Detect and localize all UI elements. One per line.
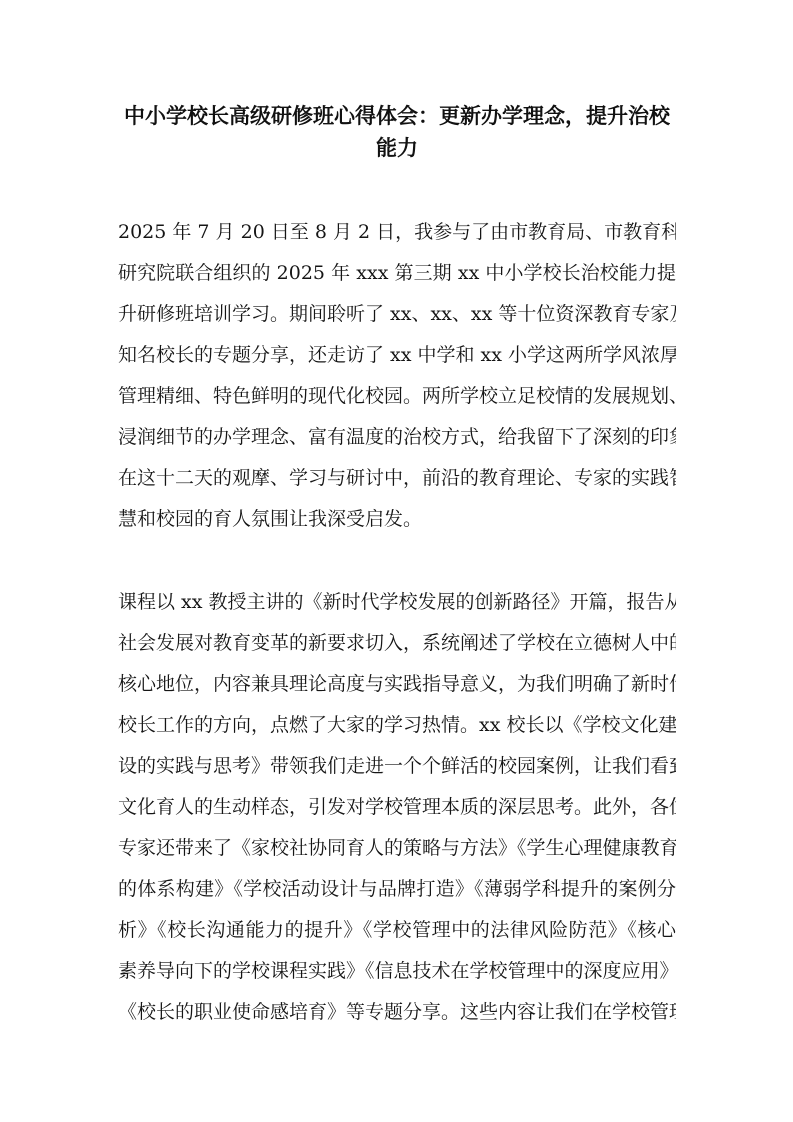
document-title: 中小学校长高级研修班心得体会：更新办学理念，提升治校能力 xyxy=(118,100,676,164)
text-line: 在这十二天的观摩、学习与研讨中，前沿的教育理论、专家的实践智 xyxy=(118,458,676,499)
text-line: 核心地位，内容兼具理论高度与实践指导意义，为我们明确了新时代 xyxy=(118,664,676,705)
text-line: 浸润细节的办学理念、富有温度的治校方式，给我留下了深刻的印象。 xyxy=(118,417,676,458)
text-line: 2025 年 7 月 20 日至 8 月 2 日，我参与了由市教育局、市教育科学 xyxy=(118,212,676,253)
text-line: 专家还带来了《家校社协同育人的策略与方法》《学生心理健康教育 xyxy=(118,828,676,869)
text-line: 社会发展对教育变革的新要求切入，系统阐述了学校在立德树人中的 xyxy=(118,623,676,664)
text-line: 校长工作的方向，点燃了大家的学习热情。xx 校长以《学校文化建 xyxy=(118,705,676,746)
text-line: 文化育人的生动样态，引发对学校管理本质的深层思考。此外，各位 xyxy=(118,787,676,828)
document-content: 中小学校长高级研修班心得体会：更新办学理念，提升治校能力 2025 年 7 月 … xyxy=(118,0,676,1033)
text-line: 课程以 xx 教授主讲的《新时代学校发展的创新路径》开篇，报告从 xyxy=(118,582,676,623)
text-line: 素养导向下的学校课程实践》《信息技术在学校管理中的深度应用》 xyxy=(118,951,676,992)
text-line: 研究院联合组织的 2025 年 xxx 第三期 xx 中小学校长治校能力提 xyxy=(118,253,676,294)
text-line: 设的实践与思考》带领我们走进一个个鲜活的校园案例，让我们看到 xyxy=(118,746,676,787)
text-line: 管理精细、特色鲜明的现代化校园。两所学校立足校情的发展规划、 xyxy=(118,376,676,417)
text-line: 的体系构建》《学校活动设计与品牌打造》《薄弱学科提升的案例分 xyxy=(118,869,676,910)
text-line: 知名校长的专题分享，还走访了 xx 中学和 xx 小学这两所学风浓厚、 xyxy=(118,335,676,376)
text-line: 慧和校园的育人氛围让我深受启发。 xyxy=(118,499,676,540)
text-line: 《校长的职业使命感培育》等专题分享。这些内容让我们在学校管理、 xyxy=(118,992,676,1033)
text-line: 升研修班培训学习。期间聆听了 xx、xx、xx 等十位资深教育专家及 xyxy=(118,294,676,335)
paragraph: 课程以 xx 教授主讲的《新时代学校发展的创新路径》开篇，报告从社会发展对教育变… xyxy=(118,582,676,1033)
document-page: 中小学校长高级研修班心得体会：更新办学理念，提升治校能力 2025 年 7 月 … xyxy=(0,0,793,1122)
paragraph: 2025 年 7 月 20 日至 8 月 2 日，我参与了由市教育局、市教育科学… xyxy=(118,212,676,540)
text-line: 析》《校长沟通能力的提升》《学校管理中的法律风险防范》《核心 xyxy=(118,910,676,951)
document-body: 2025 年 7 月 20 日至 8 月 2 日，我参与了由市教育局、市教育科学… xyxy=(118,212,676,1033)
